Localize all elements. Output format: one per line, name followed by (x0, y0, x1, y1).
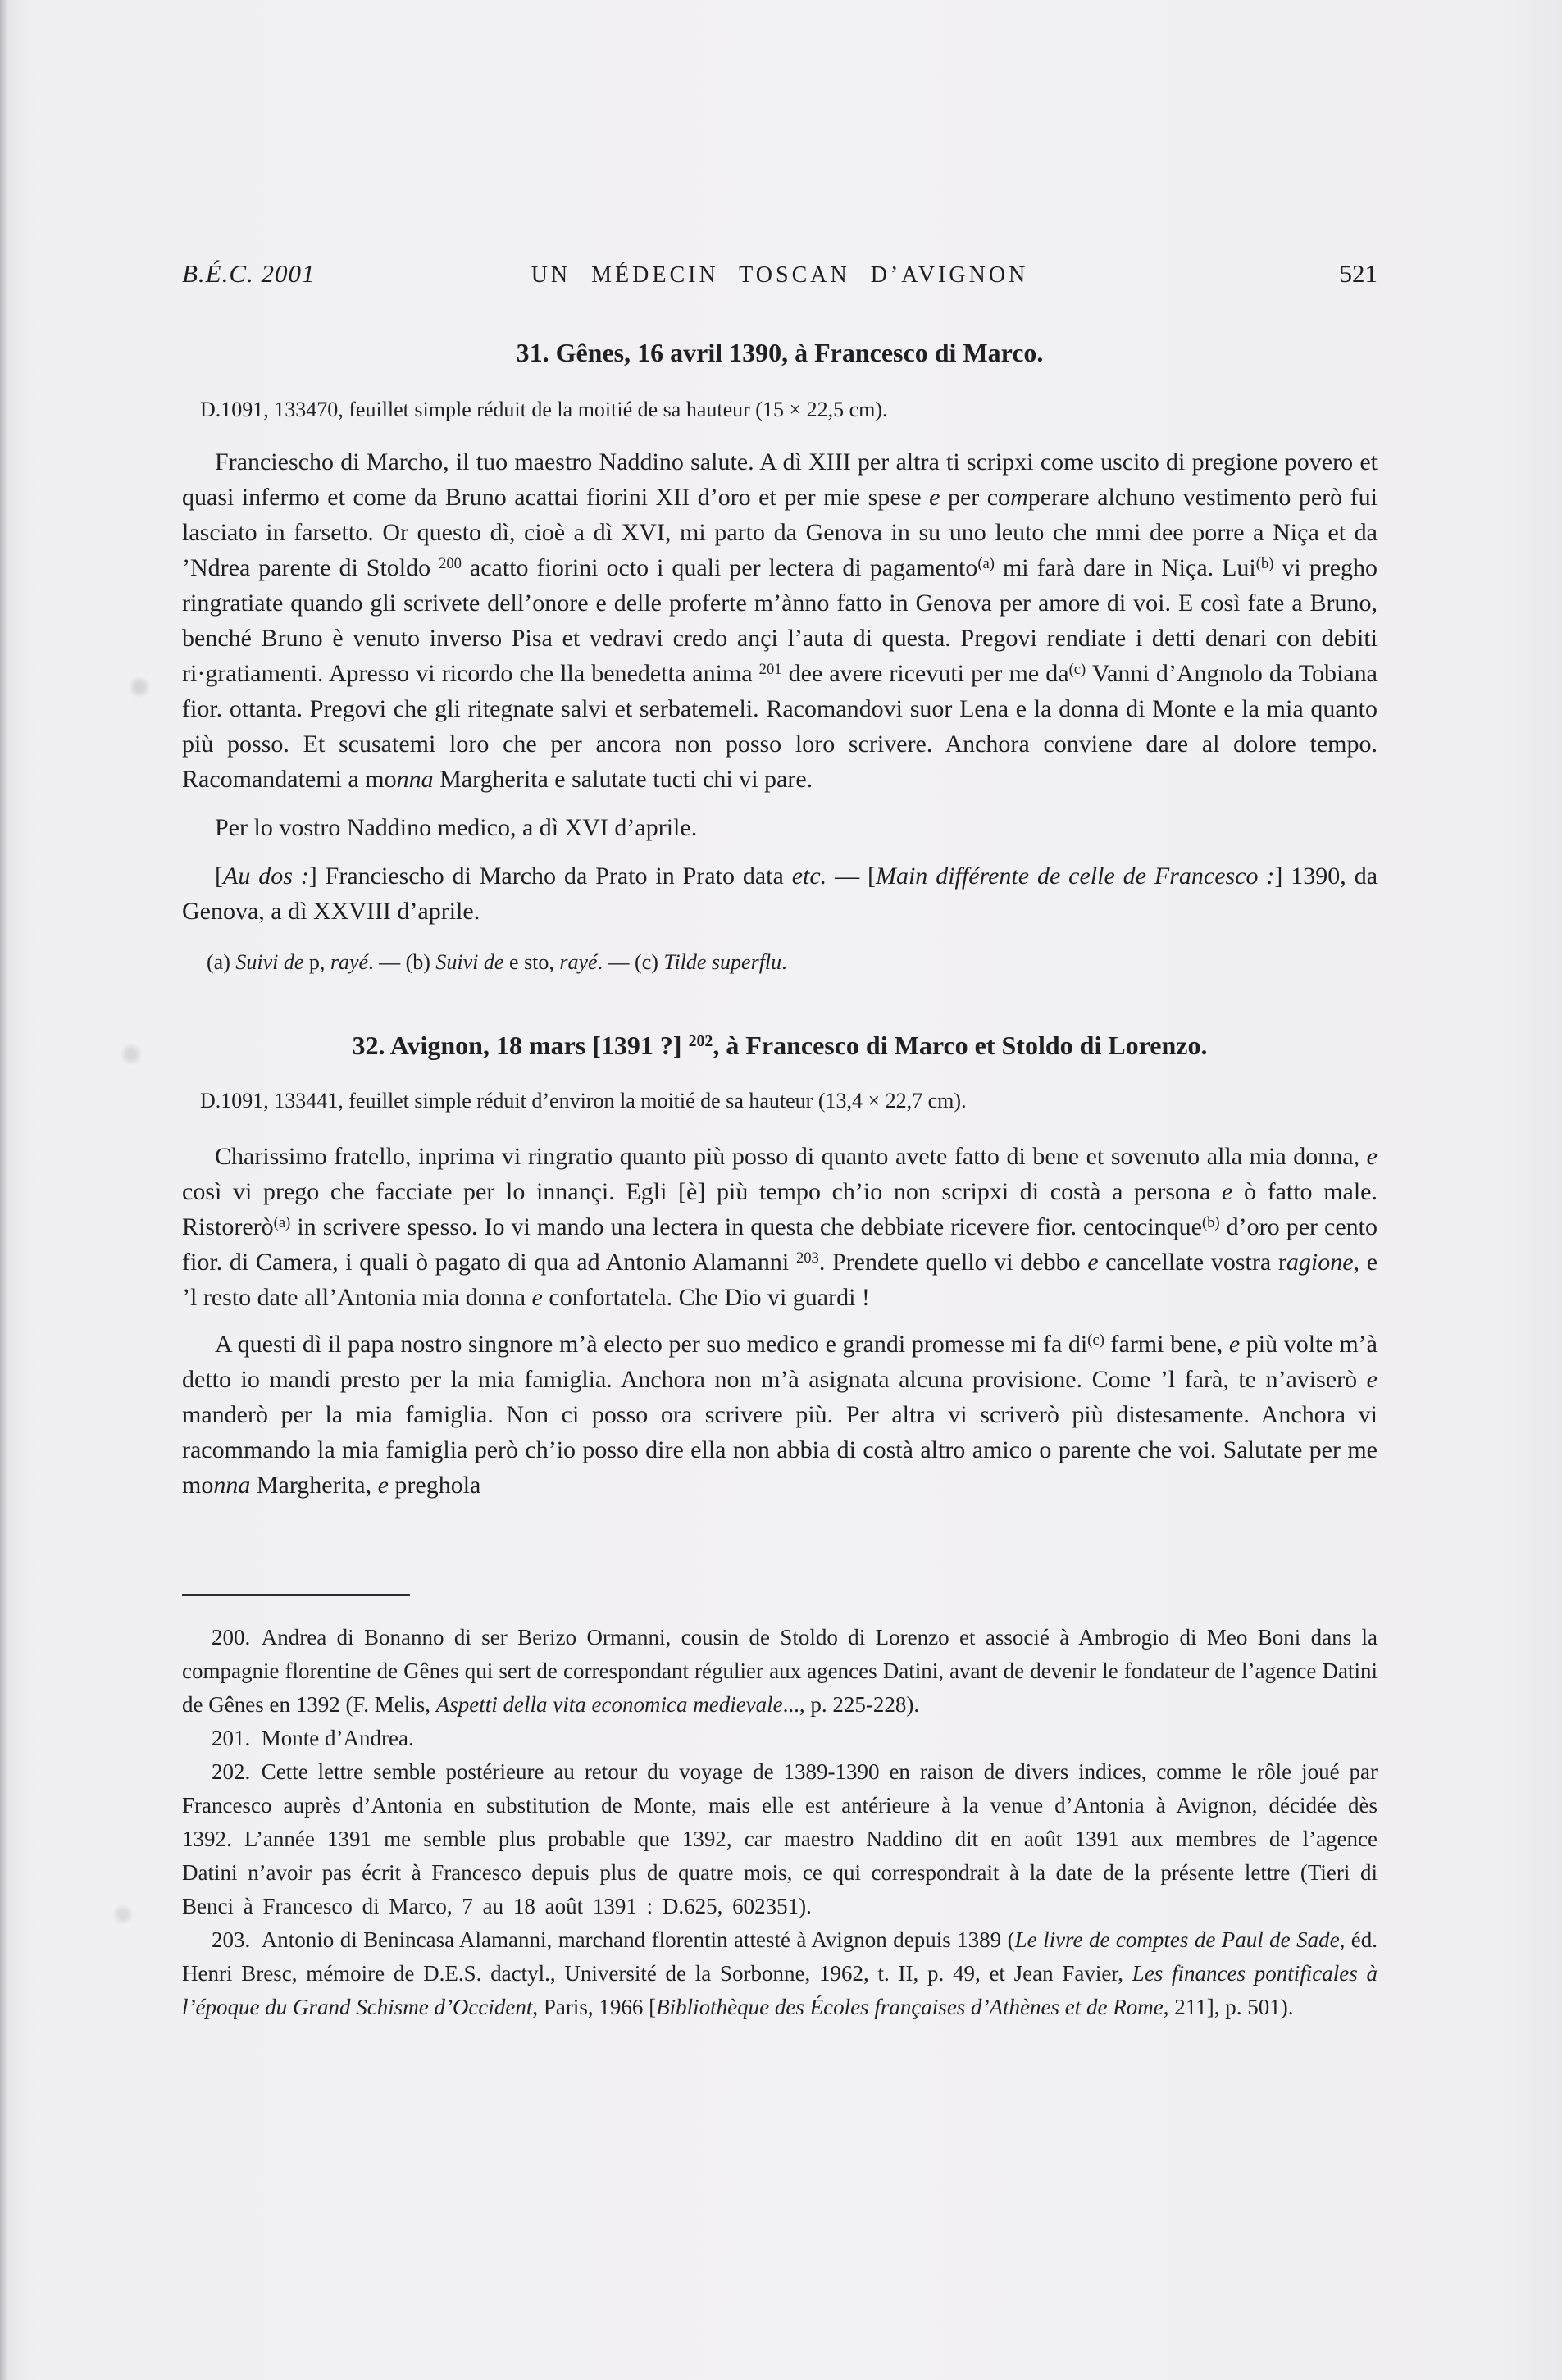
main-text-block: 31. Gênes, 16 avril 1390, à Francesco di… (182, 336, 1378, 1503)
running-head: B.É.C. 2001 UN MÉDECIN TOSCAN D’AVIGNON … (182, 259, 1378, 289)
letter-32-section: 32. Avignon, 18 mars [1391 ?] 202, à Fra… (182, 1029, 1378, 1503)
footnote-divider-rule (182, 1594, 410, 1596)
footnote-201: 201. Monte d’Andrea. (182, 1722, 1378, 1755)
letter-31-body-paragraph: Franciescho di Marcho, il tuo maestro Na… (182, 444, 1378, 797)
footnotes-block: 200. Andrea di Bonanno di ser Berizo Orm… (182, 1594, 1378, 2024)
running-title: UN MÉDECIN TOSCAN D’AVIGNON (444, 262, 1115, 289)
letter-32-title: 32. Avignon, 18 mars [1391 ?] 202, à Fra… (182, 1029, 1378, 1062)
scanned-book-page: B.É.C. 2001 UN MÉDECIN TOSCAN D’AVIGNON … (0, 0, 1562, 2380)
letter-31-signature-line: Per lo vostro Naddino medico, a dì XVI d… (182, 810, 1378, 845)
letter-31-source-note: D.1091, 133470, feuillet simple réduit d… (182, 397, 1378, 423)
letter-32-body-paragraph-2: A questi dì il papa nostro singnore m’à … (182, 1327, 1378, 1503)
letter-31-title: 31. Gênes, 16 avril 1390, à Francesco di… (182, 336, 1378, 369)
letter-31-address-note: [Au dos :] Franciescho di Marcho da Prat… (182, 858, 1378, 929)
letter-32-body-paragraph-1: Charissimo fratello, inprima vi ringrati… (182, 1139, 1378, 1315)
page-number: 521 (1115, 259, 1378, 289)
footnote-203: 203. Antonio di Benincasa Alamanni, marc… (182, 1923, 1378, 2024)
letter-31-section: 31. Gênes, 16 avril 1390, à Francesco di… (182, 336, 1378, 976)
footnote-200: 200. Andrea di Bonanno di ser Berizo Orm… (182, 1621, 1378, 1722)
letter-31-apparatus-note: (a) Suivi de p, rayé. — (b) Suivi de e s… (182, 949, 1378, 976)
footnote-202: 202. Cette lettre semble postérieure au … (182, 1755, 1378, 1923)
letter-32-source-note: D.1091, 133441, feuillet simple réduit d… (182, 1088, 1378, 1114)
journal-issue-label: B.É.C. 2001 (182, 259, 444, 289)
